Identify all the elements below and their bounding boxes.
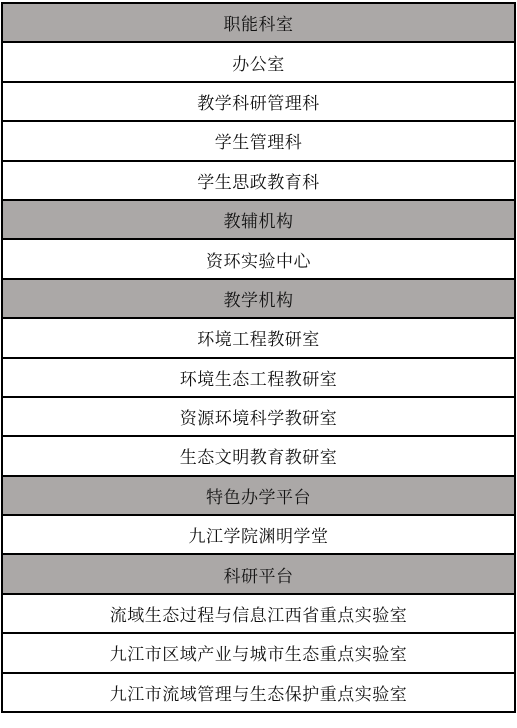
table-row: 学生管理科 [3, 122, 514, 161]
row-label: 教辅机构 [224, 207, 294, 232]
section-header-row: 职能科室 [3, 4, 514, 43]
row-label: 学生思政教育科 [197, 168, 320, 193]
row-label: 九江市区域产业与城市生态重点实验室 [110, 640, 408, 665]
row-label: 环境生态工程教研室 [180, 365, 338, 390]
table-row: 学生思政教育科 [3, 162, 514, 201]
row-label: 九江学院渊明学堂 [189, 522, 329, 547]
table-row: 九江市流域管理与生态保护重点实验室 [3, 674, 514, 711]
row-label: 科研平台 [224, 562, 294, 587]
table-row: 资源环境科学教研室 [3, 398, 514, 437]
row-label: 办公室 [232, 50, 285, 75]
table-row: 资环实验中心 [3, 240, 514, 279]
table-row: 环境工程教研室 [3, 319, 514, 358]
row-label: 教学科研管理科 [197, 89, 320, 114]
row-label: 生态文明教育教研室 [180, 443, 338, 468]
row-label: 职能科室 [224, 10, 294, 35]
row-label: 资源环境科学教研室 [180, 404, 338, 429]
row-label: 流域生态过程与信息江西省重点实验室 [110, 601, 408, 626]
row-label: 教学机构 [224, 286, 294, 311]
table-row: 教学科研管理科 [3, 83, 514, 122]
section-header-row: 教辅机构 [3, 201, 514, 240]
table-row: 九江市区域产业与城市生态重点实验室 [3, 634, 514, 673]
table-row: 环境生态工程教研室 [3, 359, 514, 398]
document-page: 职能科室 办公室 教学科研管理科 学生管理科 学生思政教育科 教辅机构 资环实验… [0, 0, 517, 728]
table-row: 九江学院渊明学堂 [3, 516, 514, 555]
row-label: 学生管理科 [215, 128, 303, 153]
table-row: 生态文明教育教研室 [3, 437, 514, 476]
section-header-row: 特色办学平台 [3, 477, 514, 516]
row-label: 环境工程教研室 [197, 325, 320, 350]
section-header-row: 教学机构 [3, 280, 514, 319]
row-label: 资环实验中心 [206, 247, 311, 272]
row-label: 九江市流域管理与生态保护重点实验室 [110, 680, 408, 705]
section-header-row: 科研平台 [3, 555, 514, 594]
row-label: 特色办学平台 [206, 483, 311, 508]
org-structure-table: 职能科室 办公室 教学科研管理科 学生管理科 学生思政教育科 教辅机构 资环实验… [1, 2, 516, 713]
table-row: 办公室 [3, 43, 514, 82]
table-row: 流域生态过程与信息江西省重点实验室 [3, 595, 514, 634]
